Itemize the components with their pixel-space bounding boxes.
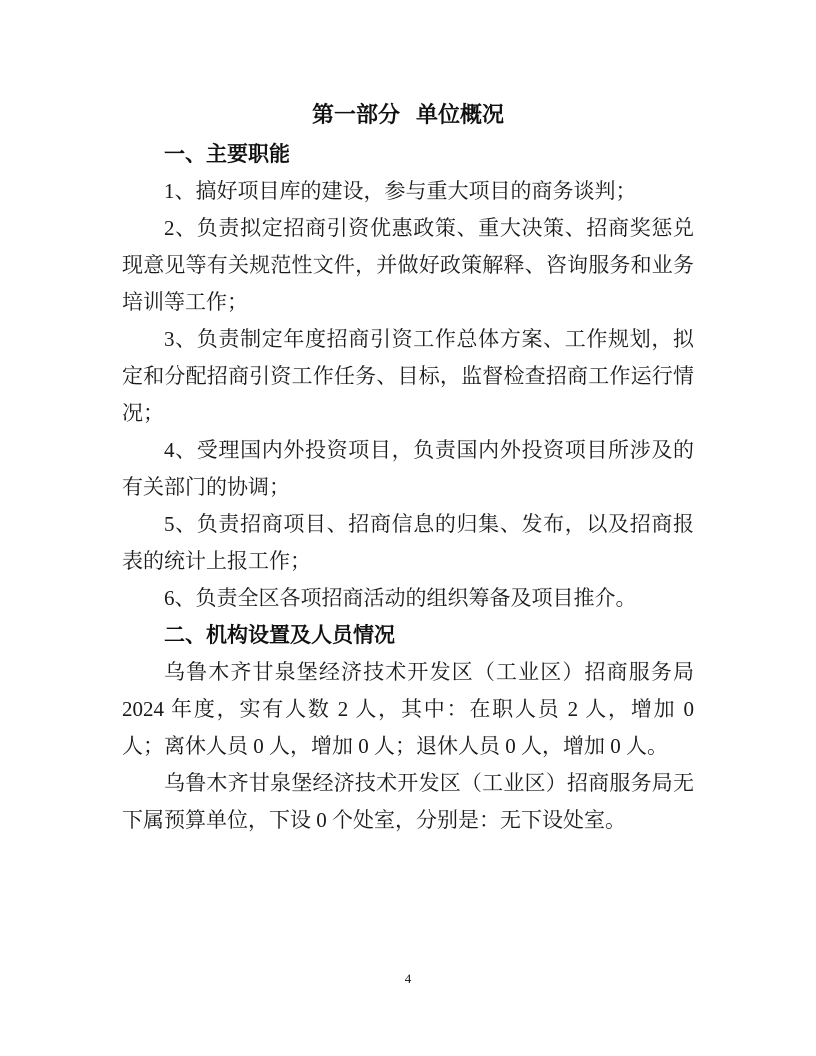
- paragraph-duty-4: 4、受理国内外投资项目，负责国内外投资项目所涉及的有关部门的协调；: [122, 432, 694, 506]
- section-heading-main-duties: 一、主要职能: [122, 136, 694, 173]
- paragraph-duty-5: 5、负责招商项目、招商信息的归集、发布，以及招商报表的统计上报工作；: [122, 506, 694, 580]
- document-content: 第一部分 单位概况 一、主要职能 1、搞好项目库的建设，参与重大项目的商务谈判；…: [122, 94, 694, 839]
- section-org-staff: 二、机构设置及人员情况 乌鲁木齐甘泉堡经济技术开发区（工业区）招商服务局 202…: [122, 617, 694, 839]
- page-title: 第一部分 单位概况: [122, 94, 694, 136]
- paragraph-subordinate-units: 乌鲁木齐甘泉堡经济技术开发区（工业区）招商服务局无下属预算单位，下设 0 个处室…: [122, 765, 694, 839]
- paragraph-duty-3: 3、负责制定年度招商引资工作总体方案、工作规划，拟定和分配招商引资工作任务、目标…: [122, 321, 694, 432]
- section-main-duties: 一、主要职能 1、搞好项目库的建设，参与重大项目的商务谈判； 2、负责拟定招商引…: [122, 136, 694, 617]
- section-heading-org-staff: 二、机构设置及人员情况: [122, 617, 694, 654]
- paragraph-staff-numbers: 乌鲁木齐甘泉堡经济技术开发区（工业区）招商服务局 2024 年度，实有人数 2 …: [122, 654, 694, 765]
- page-number: 4: [405, 971, 412, 986]
- document-page: 第一部分 单位概况 一、主要职能 1、搞好项目库的建设，参与重大项目的商务谈判；…: [0, 0, 816, 1056]
- page-footer: 4: [0, 970, 816, 988]
- paragraph-duty-6: 6、负责全区各项招商活动的组织筹备及项目推介。: [122, 580, 694, 617]
- paragraph-duty-2: 2、负责拟定招商引资优惠政策、重大决策、招商奖惩兑现意见等有关规范性文件，并做好…: [122, 210, 694, 321]
- paragraph-duty-1: 1、搞好项目库的建设，参与重大项目的商务谈判；: [122, 173, 694, 210]
